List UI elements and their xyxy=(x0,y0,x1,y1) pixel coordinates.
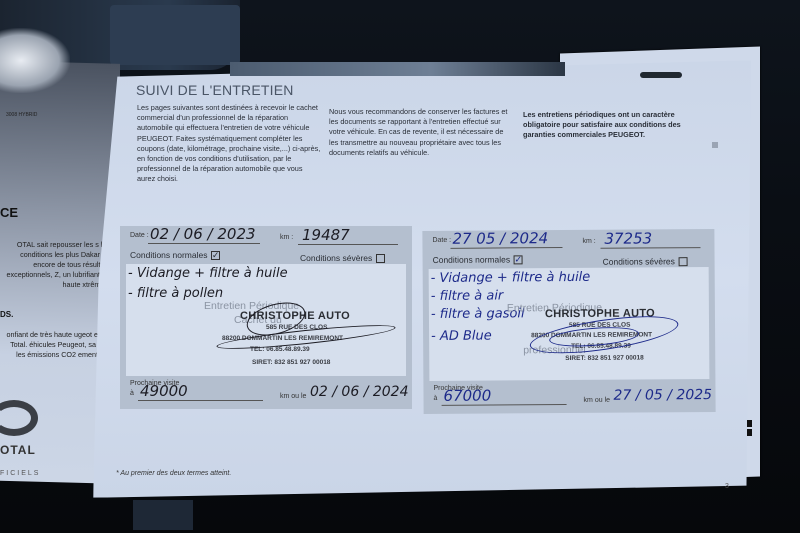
left-heading: CE xyxy=(0,205,18,220)
km-line xyxy=(298,244,398,245)
intro-middle: Nous vous recommandons de conserver les … xyxy=(329,107,514,158)
stamp-siret: SIRET: 832 851 927 00018 xyxy=(565,354,643,362)
work-line: - filtre à air xyxy=(431,288,504,304)
next-visit-a: à xyxy=(130,390,134,397)
work-line: - filtre à pollen xyxy=(128,286,223,301)
conditions-normales-label: Conditions normales xyxy=(130,250,207,260)
seat-panel xyxy=(110,5,240,65)
page-number: 3 xyxy=(725,483,729,490)
stamp-siret: SIRET: 832 851 927 00018 xyxy=(252,359,330,366)
page-top-shadow xyxy=(230,62,565,76)
next-visit-date: 27 / 05 / 2025 xyxy=(613,387,712,404)
conditions-severes: Conditions sévères xyxy=(300,253,385,263)
intro-left: Les pages suivantes sont destinées à rec… xyxy=(137,103,322,185)
checkbox-checked-icon: ✓ xyxy=(513,256,522,265)
km-value: 37253 xyxy=(604,229,652,247)
km-or-date-label: km ou le xyxy=(280,393,306,400)
date-label: Date : xyxy=(432,237,451,244)
km-or-date-label: km ou le xyxy=(584,397,611,404)
conditions-severes: Conditions sévères xyxy=(603,256,688,267)
km-line xyxy=(600,247,700,249)
next-visit-km: 49000 xyxy=(140,382,188,400)
conditions-normales: Conditions normales ✓ xyxy=(433,254,523,265)
conditions-normales-label: Conditions normales xyxy=(433,254,511,265)
date-label: Date : xyxy=(130,232,149,239)
date-value: 27 05 / 2024 xyxy=(452,229,548,248)
checkbox-checked-icon: ✓ xyxy=(211,251,220,260)
work-line: - AD Blue xyxy=(431,329,492,344)
left-paragraph: OTAL sait repousser les s les conditions… xyxy=(0,240,110,290)
tab-clip xyxy=(640,72,682,78)
left-paragraph-2: onfiant de très haute ugeot et Total. éh… xyxy=(0,330,100,360)
checkbox-empty-icon xyxy=(376,254,385,263)
intro-right: Les entretiens périodiques ont un caract… xyxy=(523,110,703,141)
work-line: - Vidange + filtre à huile xyxy=(128,266,288,281)
km-label: km : xyxy=(280,234,293,241)
next-visit-line xyxy=(138,400,263,401)
km-label: km : xyxy=(582,238,595,245)
next-visit-date: 02 / 06 / 2024 xyxy=(310,384,409,400)
maintenance-coupon-2: Date : 27 05 / 2024 km : 37253 Condition… xyxy=(422,229,715,414)
date-value: 02 / 06 / 2023 xyxy=(150,225,256,243)
car-badge: 3008 HYBRID xyxy=(6,112,37,118)
stamp-area: - Vidange + filtre à huile - filtre à po… xyxy=(126,264,406,376)
conditions-severes-label: Conditions sévères xyxy=(300,253,372,263)
km-value: 19487 xyxy=(302,226,350,244)
card-under-booklet xyxy=(133,500,193,530)
next-visit-line xyxy=(442,404,567,406)
work-line: - Vidange + filtre à huile xyxy=(431,270,591,286)
car-photo xyxy=(0,28,70,93)
conditions-normales: Conditions normales ✓ xyxy=(130,250,220,260)
date-line xyxy=(450,247,562,249)
footnote: * Au premier des deux termes atteint. xyxy=(116,470,231,477)
maintenance-coupon-1: Date : 02 / 06 / 2023 km : 19487 Conditi… xyxy=(120,226,412,409)
next-visit-a: à xyxy=(434,395,438,402)
stamp-area: - Vidange + filtre à huile - filtre à ai… xyxy=(429,267,710,381)
checkbox-empty-icon xyxy=(678,257,687,266)
next-visit-km: 67000 xyxy=(443,387,491,405)
conditions-severes-label: Conditions sévères xyxy=(603,256,675,267)
total-brand: OTAL xyxy=(0,443,36,457)
date-line xyxy=(148,243,260,244)
marker-square xyxy=(712,142,718,148)
edge-marks xyxy=(747,420,752,427)
page-title: SUIVI DE L'ENTRETIEN xyxy=(136,82,294,98)
left-heading-2: DS. xyxy=(0,310,13,319)
total-subtitle: FICIELS xyxy=(0,470,40,477)
